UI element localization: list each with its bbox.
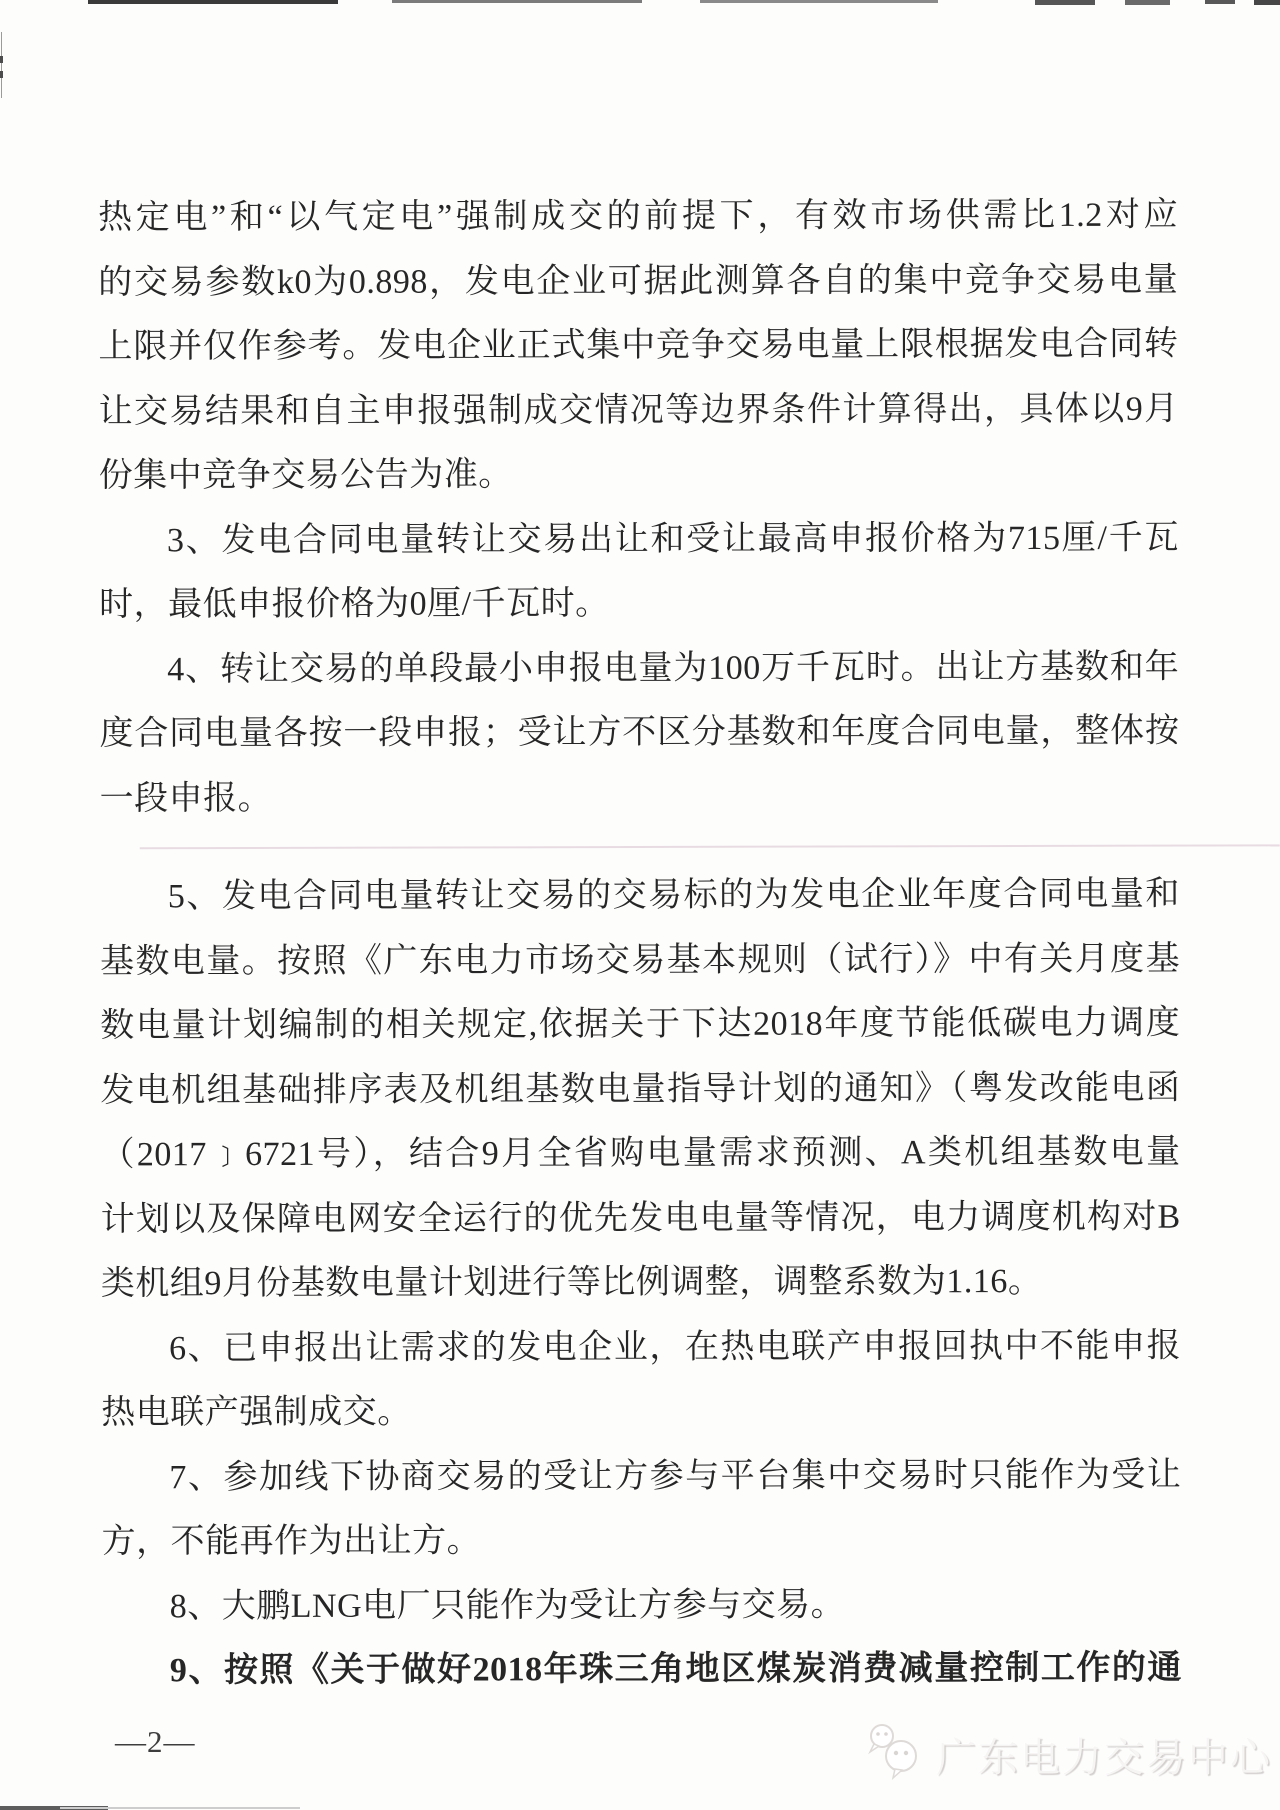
- document-line: 发电机组基础排序表及机组基数电量指导计划的通知》（粤发改能电函: [100, 1056, 1180, 1123]
- scan-artifact-top-edge: [392, 0, 642, 3]
- document-line: 时，最低申报价格为0厘/千瓦时。: [99, 571, 1179, 638]
- document-line: 类机组9月份基数电量计划进行等比例调整，调整系数为1.16。: [101, 1250, 1181, 1317]
- scan-artifact-top-edge: [1125, 0, 1170, 5]
- document-line: 份集中竞争交易公告为准。: [99, 442, 1179, 509]
- document-line: 5、发电合同电量转让交易的交易标的为发电企业年度合同电量和: [100, 863, 1180, 930]
- document-line: 计划以及保障电网安全运行的优先发电电量等情况，电力调度机构对B: [101, 1185, 1181, 1252]
- scan-artifact-top-edge: [88, 0, 338, 4]
- document-line: 8、大鹏LNG电厂只能作为受让方参与交易。: [102, 1572, 1182, 1639]
- document-line: 上限并仅作参考。发电企业正式集中竞争交易电量上限根据发电合同转: [98, 313, 1178, 380]
- scan-artifact-top-edge: [1035, 0, 1095, 5]
- scan-artifact-top-edge: [700, 0, 938, 3]
- section-divider: [140, 844, 1280, 849]
- document-line: 4、转让交易的单段最小申报电量为100万千瓦时。出让方基数和年: [99, 635, 1179, 702]
- scan-artifact-left-edge: [1, 32, 2, 98]
- scan-artifact-top-edge: [1254, 0, 1280, 5]
- scanned-page: 热定电”和“以气定电”强制成交的前提下，有效市场供需比1.2对应的交易参数k0为…: [0, 0, 1280, 1810]
- document-line: 热定电”和“以气定电”强制成交的前提下，有效市场供需比1.2对应: [98, 184, 1178, 251]
- scan-artifact-left-edge: [0, 56, 3, 63]
- document-line: 方，不能再作为出让方。: [101, 1508, 1181, 1575]
- document-line: 9、按照《关于做好2018年珠三角地区煤炭消费减量控制工作的通: [102, 1637, 1182, 1704]
- document-line: 度合同电量各按一段申报；受让方不区分基数和年度合同电量，整体按: [99, 700, 1179, 767]
- document-line: 3、发电合同电量转让交易出让和受让最高申报价格为715厘/千瓦: [99, 506, 1179, 573]
- document-line: 数电量计划编制的相关规定,依据关于下达2018年度节能低碳电力调度: [100, 992, 1180, 1059]
- document-body: 热定电”和“以气定电”强制成交的前提下，有效市场供需比1.2对应的交易参数k0为…: [98, 184, 1182, 1704]
- watermark-label: 广东电力交易中心: [936, 1726, 1272, 1783]
- scan-artifact-bottom-edge: [0, 1806, 108, 1810]
- document-line: 的交易参数k0为0.898，发电企业可据此测算各自的集中竞争交易电量: [98, 248, 1178, 315]
- wechat-icon: [864, 1722, 926, 1787]
- document-line: 6、已申报出让需求的发电企业，在热电联产申报回执中不能申报: [101, 1314, 1181, 1381]
- document-line: 热电联产强制成交。: [101, 1379, 1181, 1446]
- document-line: （2017﹞6721号），结合9月全省购电量需求预测、A类机组基数电量: [100, 1121, 1180, 1188]
- scan-artifact-bottom-edge: [60, 1807, 300, 1809]
- document-line: 基数电量。按照《广东电力市场交易基本规则（试行）》中有关月度基: [100, 927, 1180, 994]
- document-line: 让交易结果和自主申报强制成交情况等边界条件计算得出，具体以9月: [99, 377, 1179, 444]
- scan-artifact-left-edge: [0, 71, 3, 78]
- scan-artifact-top-edge: [1205, 0, 1235, 4]
- page-number: —2—: [115, 1724, 196, 1760]
- document-line: 一段申报。: [100, 764, 1180, 831]
- watermark: 广东电力交易中心: [864, 1718, 1272, 1790]
- document-line: 7、参加线下协商交易的受让方参与平台集中交易时只能作为受让: [101, 1443, 1181, 1510]
